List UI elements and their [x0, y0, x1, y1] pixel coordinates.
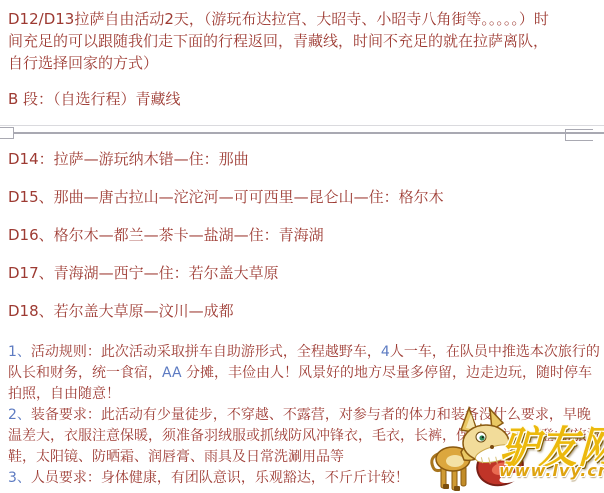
note-title: 活动规则： [31, 344, 101, 360]
note-number: 3、 [8, 470, 31, 486]
itinerary-day-d14: D14：拉萨—游玩纳木错—住：那曲 [8, 148, 602, 170]
note-people-requirements: 3、人员要求：身体健康，有团队意识，乐观豁达，不斤斤计较！ [8, 468, 601, 489]
text-run: 此次活动采取拼车自助游形式，全程越野车， [101, 344, 381, 360]
intro-line-2: 间充足的可以跟随我们走下面的行程返回，青藏线，时间不充足的就在拉萨离队， [8, 30, 602, 52]
note-number: 1、 [8, 344, 31, 360]
itinerary-day-d16: D16、格尔木—都兰—茶卡—盐湖—住：青海湖 [8, 224, 602, 246]
notes-section: 1、活动规则：此次活动采取拼车自助游形式，全程越野车，4人一车，在队员中推选本次… [8, 342, 601, 489]
itinerary-list: D14：拉萨—游玩纳木错—住：那曲 D15、那曲—唐古拉山—沱沱河—可可西里—昆… [8, 148, 602, 338]
intro-line-3: 自行选择回家的方式） [8, 52, 602, 74]
note-title: 人员要求： [31, 470, 101, 486]
intro-paragraph: D12/D13拉萨自由活动2天，（游玩布达拉宫、大昭寺、小昭寺八角街等。。。。。… [8, 8, 602, 74]
document-page: D12/D13拉萨自由活动2天，（游玩布达拉宫、大昭寺、小昭寺八角街等。。。。。… [0, 0, 604, 493]
intro-line-1: D12/D13拉萨自由活动2天，（游玩布达拉宫、大昭寺、小昭寺八角街等。。。。。… [8, 8, 602, 30]
page-corner-right [565, 129, 593, 141]
page-break-upper-line [0, 125, 604, 126]
highlight-number: 4 [381, 344, 390, 360]
itinerary-day-d15: D15、那曲—唐古拉山—沱沱河—可可西里—昆仑山—住：格尔木 [8, 186, 602, 208]
note-activity-rules: 1、活动规则：此次活动采取拼车自助游形式，全程越野车，4人一车，在队员中推选本次… [8, 342, 601, 405]
note-title: 装备要求： [31, 407, 101, 423]
itinerary-day-d17: D17、青海湖—西宁—住：若尔盖大草原 [8, 262, 602, 284]
section-b-heading: B 段：（自选行程）青藏线 [8, 88, 181, 110]
page-break-line [0, 132, 604, 134]
highlight-aa: AA [162, 365, 182, 381]
page-corner-left [0, 127, 14, 139]
note-number: 2、 [8, 407, 31, 423]
note-gear-requirements: 2、装备要求：此活动有少量徒步，不穿越、不露营，对参与者的体力和装备没什么要求，… [8, 405, 601, 468]
itinerary-day-d18: D18、若尔盖大草原—汶川—成都 [8, 300, 602, 322]
text-run: 身体健康，有团队意识，乐观豁达，不斤斤计较！ [101, 470, 409, 486]
